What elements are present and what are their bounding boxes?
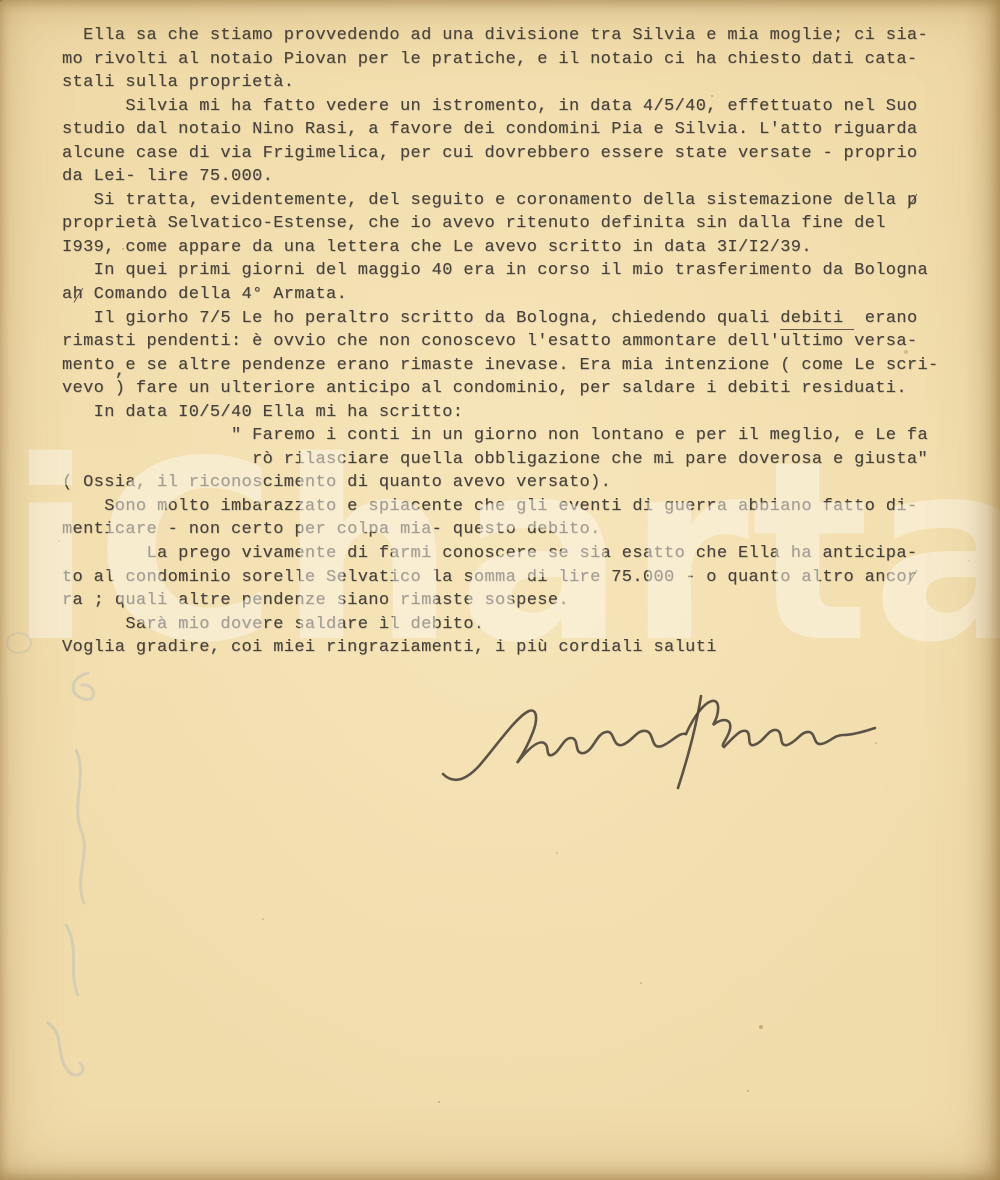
letter-line: Il giorho 7/5 Le ho peraltro scritto da … (62, 309, 962, 333)
letter-line: I939, come appare da una lettera che Le … (62, 238, 962, 262)
letter-text-segment: Comando della 4° Armata. (83, 285, 347, 304)
letter-text-segment: rò rilasciare quella obbligazione che mi… (62, 450, 928, 469)
letter-text-segment: I939, come appare da una lettera che Le … (62, 238, 812, 257)
letter-line: mo rivolti al notaio Piovan per le prati… (62, 50, 962, 74)
letter-text-segment: to al condominio sorelle Selvatico la so… (62, 568, 907, 587)
letter-text-segment: In data I0/5/40 Ella mi ha scritto: (62, 403, 463, 422)
letter-line: La prego vivamente di farmi conoscere se… (62, 544, 962, 568)
pencil-annotation-vertical (18, 655, 113, 1085)
letter-text-segment: In quei primi giorni del maggio 40 era i… (62, 261, 928, 280)
letter-line: to al condominio sorelle Selvatico la so… (62, 568, 962, 592)
letter-line: ah Comando della 4° Armata. (62, 285, 962, 309)
letter-line: studio dal notaio Nino Rasi, a favore de… (62, 120, 962, 144)
letter-text-segment: Ella sa che stiamo provvedendo ad una di… (62, 26, 928, 45)
pencil-mark (6, 632, 32, 654)
signature-stroke (686, 701, 875, 747)
letter-text-segment: " Faremo i conti in un giorno non lontan… (62, 426, 928, 445)
letter-text-segment: r (907, 568, 918, 587)
letter-text-segment: Voglia gradire, coi miei ringraziamenti,… (62, 638, 717, 657)
letter-text-segment: proprietà Selvatico-Estense, che io avev… (62, 214, 886, 233)
letter-line: Sarà mio dovere saldare ìl debito. (62, 615, 962, 639)
letter-text-segment: Silvia mi ha fatto vedere un istromento,… (62, 97, 918, 116)
letter-line: Voglia gradire, coi miei ringraziamenti,… (62, 638, 962, 662)
signature-arturo-kellner (435, 688, 880, 803)
signature-stroke (678, 696, 701, 788)
letter-text-segment: alcune case di via Frigimelica, per cui … (62, 144, 918, 163)
letter-line: rimasti pendenti: è ovvio che non conosc… (62, 332, 962, 356)
letter-text-segment: La prego vivamente di farmi conoscere se… (62, 544, 918, 563)
letter-text-segment: , (115, 362, 126, 381)
letter-line: alcune case di via Frigimelica, per cui … (62, 144, 962, 168)
letter-body: Ella sa che stiamo provvedendo ad una di… (62, 26, 962, 662)
letter-text-segment: rimasti pendenti: è ovvio che non conosc… (62, 332, 918, 351)
letter-text-segment: h (73, 285, 84, 304)
letter-line: " Faremo i conti in un giorno non lontan… (62, 426, 962, 450)
letter-line: Si tratta, evidentemente, del seguito e … (62, 191, 962, 215)
letter-text-segment: ( Ossia, il riconoscimento di quanto ave… (62, 473, 611, 492)
letter-text-segment: vevo ) fare un ulteriore anticipo al con… (62, 379, 907, 398)
letter-text-segment: menticare - non certo per colpa mia- que… (62, 520, 601, 539)
letter-line: In quei primi giorni del maggio 40 era i… (62, 261, 962, 285)
letter-line: rò rilasciare quella obbligazione che mi… (62, 450, 962, 474)
letter-text-segment: a (62, 285, 73, 304)
letter-text-segment: ra ; quali altre pendenze siano rimaste … (62, 591, 569, 610)
letter-line: stali sulla proprietà. (62, 73, 962, 97)
letter-line: mento,e se altre pendenze erano rimaste … (62, 356, 962, 380)
letter-line: menticare - non certo per colpa mia- que… (62, 520, 962, 544)
letter-text-segment: mo rivolti al notaio Piovan per le prati… (62, 50, 918, 69)
letter-text-segment: e se altre pendenze erano rimaste inevas… (125, 356, 938, 375)
letter-text-segment: Il giorho 7/5 Le ho peraltro scritto da … (62, 309, 780, 328)
letter-line: Ella sa che stiamo provvedendo ad una di… (62, 26, 962, 50)
letter-line: ra ; quali altre pendenze siano rimaste … (62, 591, 962, 615)
letter-line: Silvia mi ha fatto vedere un istromento,… (62, 97, 962, 121)
letter-text-segment: da Lei- lire 75.000. (62, 167, 273, 186)
letter-text-segment: Si tratta, evidentemente, del seguito e … (62, 191, 907, 210)
signature-stroke (443, 711, 686, 780)
letter-line: da Lei- lire 75.000. (62, 167, 962, 191)
letter-text-segment: Sarà mio dovere saldare ìl debito. (62, 615, 484, 634)
letter-text-segment: p (907, 191, 918, 210)
letter-text-segment: mento (62, 356, 115, 375)
letter-line: Sono molto imbarazzato e spiacente che g… (62, 497, 962, 521)
letter-line: vevo ) fare un ulteriore anticipo al con… (62, 379, 962, 403)
letter-line: In data I0/5/40 Ella mi ha scritto: (62, 403, 962, 427)
letter-text-segment: erano (854, 309, 917, 328)
letter-text-segment: debiti (780, 309, 854, 330)
letter-line: ( Ossia, il riconoscimento di quanto ave… (62, 473, 962, 497)
letter-text-segment: Sono molto imbarazzato e spiacente che g… (62, 497, 918, 516)
letter-scan-page: Ella sa che stiamo provvedendo ad una di… (0, 0, 1000, 1180)
letter-line: proprietà Selvatico-Estense, che io avev… (62, 214, 962, 238)
letter-text-segment: studio dal notaio Nino Rasi, a favore de… (62, 120, 918, 139)
paper-specks (0, 0, 2, 2)
letter-text-segment: stali sulla proprietà. (62, 73, 294, 92)
